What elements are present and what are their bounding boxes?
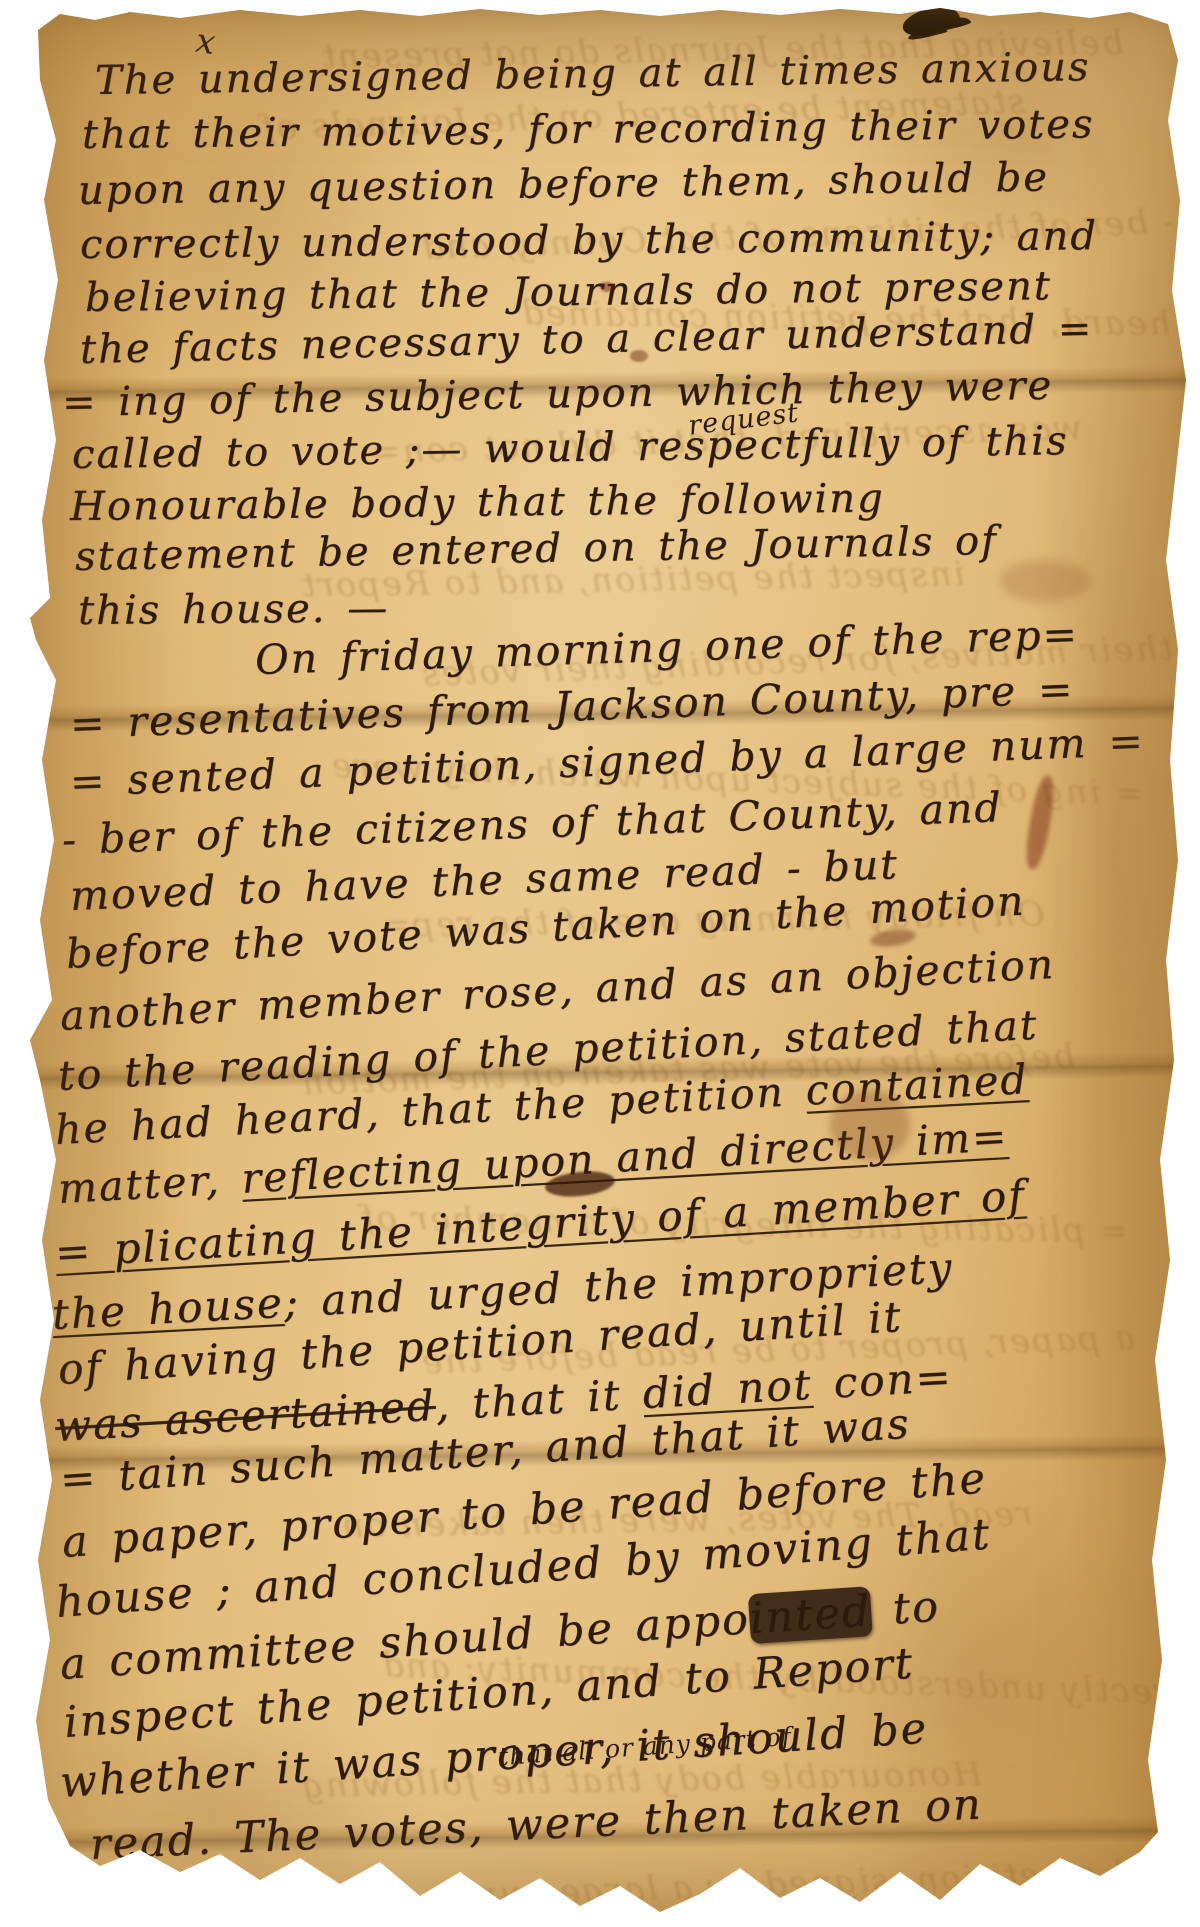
manuscript-page: believing that the Journals do not prese…	[0, 0, 1200, 1927]
text-segment: this house. —	[78, 585, 389, 634]
text-segment-b: inted	[748, 1586, 873, 1644]
text-segment: matter,	[57, 1155, 243, 1213]
text-segment: upon any question before them, should be	[78, 154, 1049, 214]
scan-background: believing that the Journals do not prese…	[0, 0, 1200, 1927]
bleedthrough-line: = sented a petition, signed by a large n…	[420, 1847, 1200, 1917]
text-segment: to	[869, 1582, 941, 1636]
text-segment-u: the house	[51, 1278, 285, 1339]
manuscript-line: that their motives, for recording their …	[82, 101, 1095, 158]
manuscript-line: this house. —	[78, 585, 389, 634]
text-segment: that their motives, for recording their …	[82, 101, 1095, 158]
manuscript-line: upon any question before them, should be	[78, 154, 1049, 214]
text-segment: called to vote ;— would respectfully of …	[72, 418, 1069, 478]
manuscript-line: called to vote ;— would respectfully of …	[72, 418, 1069, 478]
text-segment-u: contained	[804, 1055, 1029, 1115]
manuscript-line: correctly understood by the community; a…	[80, 213, 1098, 268]
stain	[1000, 560, 1090, 602]
text-segment: correctly understood by the community; a…	[80, 213, 1098, 268]
